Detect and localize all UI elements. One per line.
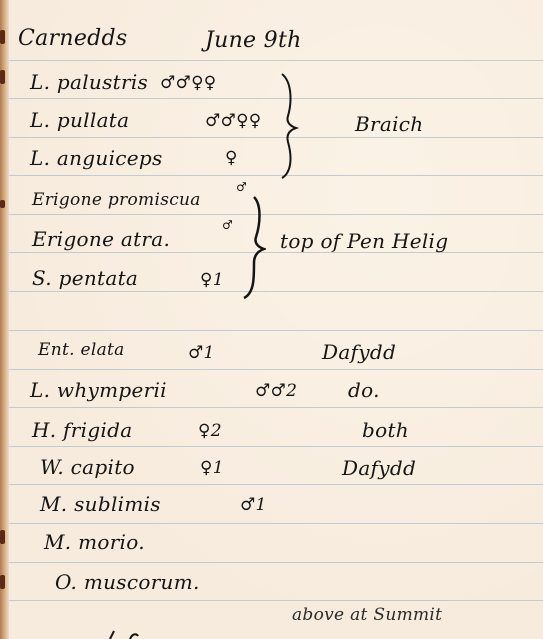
ruled-line <box>9 214 543 215</box>
entry-name: L. anguiceps <box>30 146 163 170</box>
entry-name: Erigone atra. <box>32 227 170 251</box>
list-item-location: Dafydd <box>342 456 416 480</box>
curly-brace-icon <box>240 195 266 300</box>
list-item-name: L. whymperii <box>30 378 167 402</box>
entry-name: S. pentata <box>32 266 138 290</box>
ruled-line <box>9 60 543 61</box>
entry-note: ♂♂♀♀ <box>205 111 262 131</box>
entry-superscript: ♂ <box>236 180 247 194</box>
list-item-note: ♂1 <box>240 495 267 515</box>
ruled-line <box>9 600 543 601</box>
entry-superscript: ♂ <box>222 218 233 232</box>
notebook-page: Carnedds June 9th L. palustris ♂♂♀♀ L. p… <box>0 0 543 639</box>
list-item-note: ♂1 <box>188 343 215 363</box>
page-binding-edge <box>0 0 9 639</box>
list-item-name: M. sublimis <box>40 492 161 516</box>
binding-stain <box>0 575 5 589</box>
list-item-name: M. morio. <box>44 530 145 554</box>
ruled-line <box>9 523 543 524</box>
header-date: June 9th <box>205 28 302 53</box>
brace-label: top of Pen Helig <box>280 229 448 253</box>
ruled-line <box>9 562 543 563</box>
list-item-location: Dafydd <box>322 340 396 364</box>
entry-note: ♀1 <box>200 270 224 290</box>
header-location: Carnedds <box>18 26 128 51</box>
ruled-line <box>9 446 543 447</box>
ruled-line <box>9 137 543 138</box>
binding-stain <box>0 70 5 84</box>
ruled-line <box>9 252 543 253</box>
list-item-name: H. frigida <box>32 418 132 442</box>
entry-note: ♂♂♀♀ <box>160 73 217 93</box>
ruled-line <box>9 330 543 331</box>
list-item-location: do. <box>348 378 380 402</box>
ruled-line <box>9 369 543 370</box>
entry-note: ♀ <box>225 148 238 168</box>
entry-name: L. pullata <box>30 108 129 132</box>
binding-stain <box>0 530 5 544</box>
brace-label: Braich <box>355 112 423 136</box>
list-item-name: Ent. elata <box>38 340 125 360</box>
entry-name: Erigone promiscua <box>32 190 201 210</box>
binding-stain <box>0 200 5 208</box>
ruled-line <box>9 175 543 176</box>
ruled-line <box>9 291 543 292</box>
list-item-note: ♀1 <box>200 458 224 478</box>
list-item-name: W. capito <box>40 455 135 479</box>
list-item-name: O. muscorum. <box>55 570 200 594</box>
list-item-location: both <box>362 418 409 442</box>
ruled-line <box>9 407 543 408</box>
curly-brace-icon <box>278 72 300 180</box>
list-item-note: ♀2 <box>198 421 222 441</box>
ruled-line <box>9 98 543 99</box>
ruled-line <box>9 484 543 485</box>
partial-handwriting <box>108 630 148 639</box>
binding-stain <box>0 30 5 44</box>
entry-name: L. palustris <box>30 70 148 94</box>
list-item-note: ♂♂2 <box>255 381 297 401</box>
footer-note: above at Summit <box>292 605 442 625</box>
